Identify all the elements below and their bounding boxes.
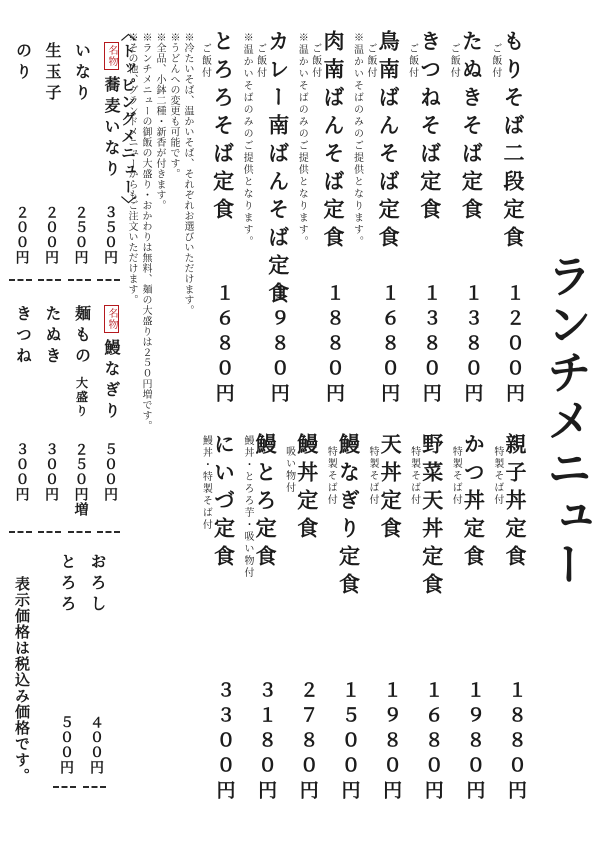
item-annotation: ご飯付 [489,30,501,430]
page-title: ランチメニュー [539,253,591,589]
topping-name-text: 鰻なぎり [102,339,121,423]
item-annotation: ご飯付 [199,30,211,430]
topping-group-2: 名物鰻なぎり ５００円 麺もの 大盛り ２５０円増 たぬき ３００円 きつね ３… [8,305,120,545]
dashed-divider [9,279,32,281]
topping-price: ５００円 [58,715,73,775]
topping-name: 名物鰻なぎり [102,305,120,545]
topping-item-namatamago: 生玉子 ２００円 [38,42,62,292]
topping-price: ２００円 [13,205,28,265]
menu-item-niizu: にいづ定食 鰻丼・特製そば付 ３３００円 [198,433,236,833]
topping-price: ３００円 [43,442,58,502]
topping-name-text: 麺もの [73,305,92,368]
item-annotation: 鰻丼・特製そば付 [200,433,212,833]
item-price: １３８０円 [419,283,441,408]
menu-item-currynanban-soba: カレー南ばんそば定食 ご飯付 ※温かいそばのみのご提供となります。 １９８０円 [239,30,290,430]
menu-item-unanagiri: 鰻なぎり定食 特製そば付 １５００円 [323,433,361,833]
specialty-badge: 名物 [104,42,120,70]
dashed-divider [97,531,120,533]
topping-name: きつね [14,305,32,545]
topping-group-1: 名物蕎麦いなり ３５０円 いなり ２５０円 生玉子 ２００円 のり ２００円 [8,42,120,292]
dashed-divider [68,531,91,533]
item-annotation: ご飯付 [309,30,321,430]
item-annotation: ご飯付 [448,30,460,430]
topping-price: ２００円 [43,205,58,265]
item-price: １９８０円 [379,680,401,805]
item-annotation: 鰻丼・とろろ芋・吸い物付 [242,433,254,833]
item-price: １６８０円 [212,283,234,408]
topping-item-tanuki: たぬき ３００円 [38,305,62,545]
dashed-divider [83,786,106,788]
item-annotation: ※温かいそばのみのご提供となります。 [241,30,253,430]
item-price: １６８０円 [421,680,443,805]
item-price: １５００円 [338,680,360,805]
note-line: ※ランチメニューの御飯の大盛り・おかわりは無料、麺の大盛りは２５０円増です。 [140,32,151,477]
topping-menu-header: 〈トッピングメニュー〉 [118,26,139,213]
menu-item-unadon: 鰻丼定食 吸い物付 ２７８０円 [281,433,319,833]
topping-item-menmono-omori: 麺もの 大盛り ２５０円増 [67,305,91,545]
dashed-divider [97,279,120,281]
menu-item-nikunanban-soba: 肉南ばんそば定食 ご飯付 ※温かいそばのみのご提供となります。 １８８０円 [294,30,345,430]
note-line: ※全品、小鉢二種・新香が付きます。 [154,32,165,477]
item-price: ３１８０円 [254,680,276,805]
topping-subname: 大盛り [75,376,89,418]
note-line: ※うどんへの変更も可能です。 [168,32,179,477]
topping-price: ３５０円 [102,205,117,265]
menu-item-tendon: 天丼定食 特製そば付 １９８０円 [364,433,402,833]
menu-item-tororo-soba: とろろそば定食 ご飯付 １６８０円 [197,30,235,430]
item-annotation: ご飯付 [254,30,266,430]
menu-item-yasai-tendon: 野菜天丼定食 特製そば付 １６８０円 [406,433,444,833]
item-annotation: 吸い物付 [283,433,295,833]
item-annotation: 特製そば付 [366,433,378,833]
item-price: ２７８０円 [296,680,318,805]
menu-item-kitsune-soba: きつねそば定食 ご飯付 １３８０円 [404,30,442,430]
item-price: １９８０円 [463,680,485,805]
item-annotation: 特製そば付 [325,433,337,833]
note-line: ※冷たいそば、温かいそば、それぞれお選びいただけます。 [182,32,193,477]
topping-price: ３００円 [13,442,28,502]
item-price: １９８０円 [267,283,289,408]
dashed-divider [9,531,32,533]
don-teishoku-section: 親子丼定食 特製そば付 １８８０円 かつ丼定食 特製そば付 １９８０円 野菜天丼… [198,433,527,833]
dashed-divider [53,786,76,788]
dashed-divider [68,279,91,281]
tax-notice: 表示価格は税込み価格です。 [12,576,33,784]
menu-item-oyakodon: 親子丼定食 特製そば付 １８８０円 [489,433,527,833]
item-annotation: 特製そば付 [450,433,462,833]
menu-item-morisoba: もりそば二段定食 ご飯付 １２００円 [487,30,525,430]
item-annotation: ※温かいそばのみのご提供となります。 [296,30,308,430]
soba-teishoku-section: もりそば二段定食 ご飯付 １２００円 たぬきそば定食 ご飯付 １３８０円 きつね… [123,30,525,430]
menu-item-unatoro: 鰻とろ定食 鰻丼・とろろ芋・吸い物付 ３１８０円 [240,433,278,833]
menu-item-katsudon: かつ丼定食 特製そば付 １９８０円 [448,433,486,833]
item-price: １２００円 [502,283,524,408]
specialty-badge: 名物 [104,305,120,333]
topping-item-tororo: とろろ ５００円 [52,553,76,798]
dashed-divider [38,531,61,533]
topping-item-unanagiri: 名物鰻なぎり ５００円 [97,305,121,545]
item-annotation: ※温かいそばのみのご提供となります。 [351,30,363,430]
item-price: １８８０円 [322,283,344,408]
item-price: ３３００円 [213,680,235,805]
topping-price: ２５０円 [72,205,87,265]
item-annotation: ご飯付 [364,30,376,430]
item-annotation: 特製そば付 [408,433,420,833]
item-annotation: 特製そば付 [491,433,503,833]
dashed-divider [38,279,61,281]
topping-group-3: おろし ４００円 とろろ ５００円 [32,553,106,798]
item-annotation: ご飯付 [406,30,418,430]
lunch-menu-page: { "title": "ランチメニュー", "soba_section": { … [0,0,595,842]
topping-price: ２５０円増 [72,442,87,517]
topping-item-nori: のり ２００円 [8,42,32,292]
topping-name-text: 蕎麦いなり [102,76,121,181]
menu-item-tanuki-soba: たぬきそば定食 ご飯付 １３８０円 [446,30,484,430]
topping-item-inari: いなり ２５０円 [67,42,91,292]
topping-item-kitsune: きつね ３００円 [8,305,32,545]
topping-price: ５００円 [102,442,117,502]
topping-price: ４００円 [88,715,103,775]
topping-item-oroshi: おろし ４００円 [82,553,106,798]
item-price: １３８０円 [461,283,483,408]
item-price: １６８０円 [377,283,399,408]
item-price: １８８０円 [504,680,526,805]
topping-name: たぬき [43,305,61,545]
menu-item-torinanban-soba: 鳥南ばんそば定食 ご飯付 ※温かいそばのみのご提供となります。 １６８０円 [349,30,400,430]
topping-item-sobainari: 名物蕎麦いなり ３５０円 [97,42,121,292]
